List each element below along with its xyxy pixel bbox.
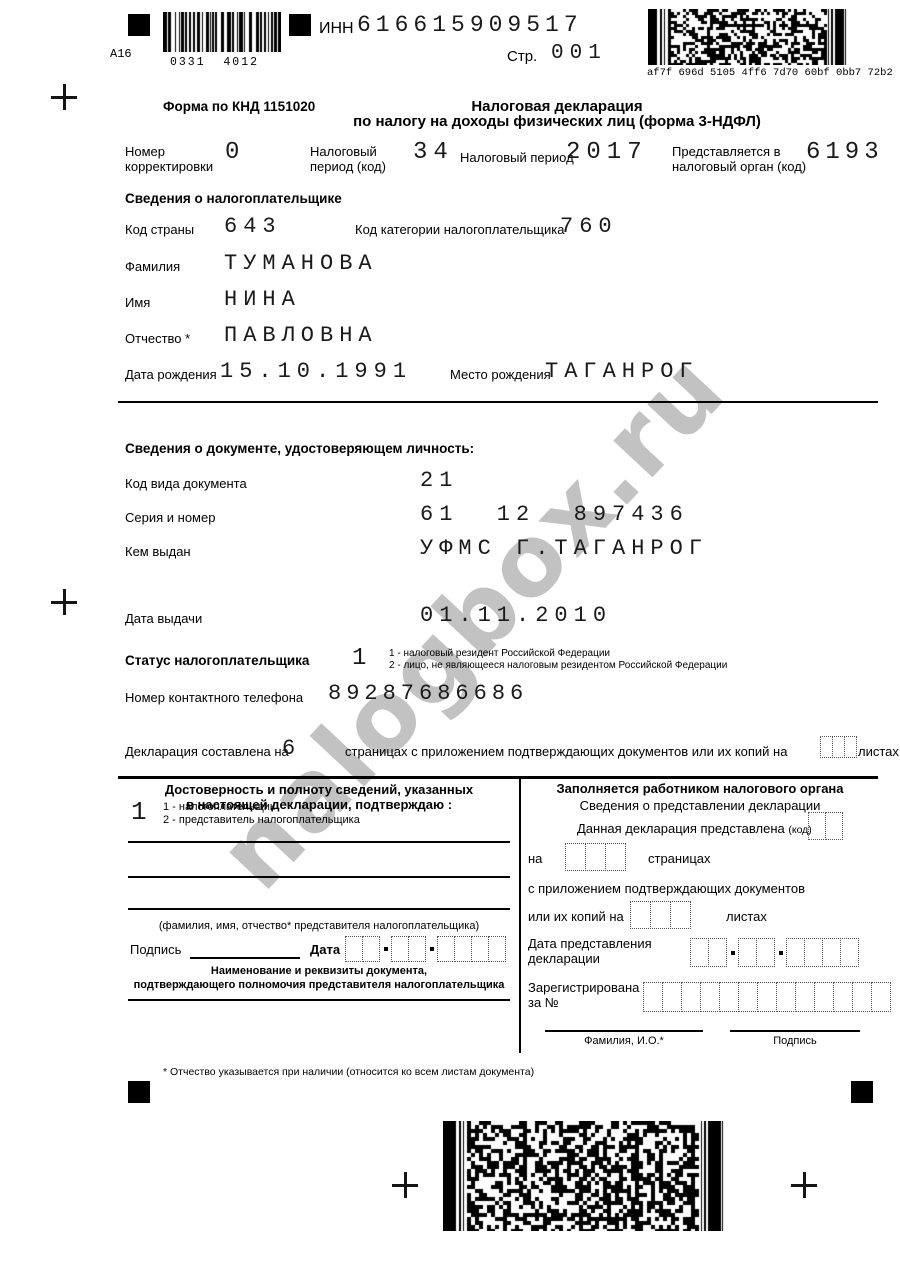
registered-label-1: Зарегистрирована — [528, 980, 638, 995]
empty-cell — [681, 982, 701, 1012]
barcode-digits: 0331 4012 — [170, 56, 259, 69]
sheets-label: листах — [726, 909, 767, 924]
official-pages-cells — [565, 843, 626, 871]
birth-place-label: Место рождения — [450, 367, 551, 382]
official-pages-label: страницах — [648, 851, 711, 866]
empty-cell — [786, 938, 805, 967]
status-note-2: 2 - лицо, не являющееся налоговым резиде… — [389, 660, 727, 672]
official-subheading: Сведения о представлении декларации — [522, 798, 878, 813]
empty-cell — [822, 938, 841, 967]
doc-code-label: Код вида документа — [125, 476, 247, 491]
date-cells-left — [345, 936, 506, 962]
tax-period-code-label: Налоговый период (код) — [310, 144, 410, 174]
birth-place-value: ТАГАНРОГ — [545, 359, 699, 384]
barcode-2d-top — [648, 9, 848, 65]
registration-number-cells — [643, 982, 891, 1012]
status-value: 1 — [352, 645, 372, 672]
empty-cell — [719, 982, 739, 1012]
status-note-1: 1 - налоговый резидент Российской Федера… — [389, 648, 727, 660]
tax-period-label: Налоговый период — [460, 150, 574, 165]
section-divider — [118, 401, 878, 403]
pages-count-value: 6 — [282, 736, 301, 761]
empty-cell — [454, 936, 472, 962]
corner-square-top-left — [128, 14, 150, 36]
official-signature-line — [730, 1030, 860, 1032]
copies-cells — [630, 901, 691, 929]
corner-square-bottom-left — [128, 1081, 150, 1103]
empty-cell — [833, 982, 853, 1012]
issue-date-value: 01.11.2010 — [420, 603, 612, 628]
stamp-code: A16 — [110, 47, 132, 61]
empty-cell — [471, 936, 489, 962]
date-separator-dot — [779, 951, 783, 955]
empty-cell — [565, 843, 586, 871]
official-signature-label: Подпись — [730, 1035, 860, 1047]
country-code-label: Код страны — [125, 222, 194, 237]
barcode-hex-caption: af7f 696d 5105 4ff6 7d70 60bf 0bb7 72b2 — [647, 67, 893, 79]
status-label: Статус налогоплательщика — [125, 653, 309, 668]
patronymic-label: Отчество * — [125, 331, 190, 346]
empty-cell — [690, 938, 709, 967]
pages-line-middle: страницах с приложением подтверждающих д… — [345, 744, 787, 759]
corner-square-top-mid — [289, 14, 311, 36]
plus-mark-bottom-left — [392, 1172, 418, 1198]
empty-cell — [795, 982, 815, 1012]
confirmation-heading-line1: Достоверность и полноту сведений, указан… — [128, 782, 510, 797]
empty-cell — [757, 982, 777, 1012]
category-label: Код категории налогоплательщика — [355, 222, 564, 237]
date-separator-dot — [384, 947, 388, 951]
empty-cell — [605, 843, 626, 871]
submitted-code-cells — [808, 812, 843, 840]
official-fio-line — [545, 1030, 703, 1032]
empty-cell — [776, 982, 796, 1012]
name-label: Имя — [125, 295, 150, 310]
series-value: 61 12 897436 — [420, 502, 689, 527]
form-title-line1: Налоговая декларация — [257, 99, 857, 114]
date-separator-dot — [731, 951, 735, 955]
empty-cell — [391, 936, 409, 962]
fio-line-3 — [128, 908, 510, 910]
category-value: 760 — [560, 214, 618, 239]
correction-number-value: 0 — [225, 139, 245, 166]
submission-date-label-1: Дата представления — [528, 936, 678, 951]
page-number: 001 — [551, 42, 607, 65]
empty-cell — [852, 982, 872, 1012]
signature-label-left: Подпись — [130, 942, 181, 957]
page-label: Стр. — [507, 48, 537, 65]
empty-cell — [585, 843, 606, 871]
form-barcode-1d — [163, 12, 281, 52]
empty-cell — [804, 938, 823, 967]
empty-cell — [700, 982, 720, 1012]
date-label-left: Дата — [310, 942, 340, 957]
pages-line-prefix: Декларация составлена на — [125, 744, 289, 759]
submission-date-cells — [690, 938, 859, 967]
footnote: * Отчество указывается при наличии (отно… — [163, 1066, 534, 1079]
empty-cell — [708, 938, 727, 967]
empty-cell — [814, 982, 834, 1012]
doc-caption-line2: подтверждающего полномочия представителя… — [128, 979, 510, 993]
surname-value: ТУМАНОВА — [224, 251, 378, 276]
empty-cell — [825, 812, 843, 840]
correction-number-label: Номер корректировки — [125, 144, 220, 174]
birth-date-label: Дата рождения — [125, 367, 217, 382]
tax-authority-label: Представляется в налоговый орган (код) — [672, 144, 812, 174]
tax-period-value: 2017 — [566, 139, 648, 166]
surname-label: Фамилия — [125, 259, 180, 274]
empty-cell — [840, 938, 859, 967]
signature-line-left — [190, 957, 300, 959]
empty-cell — [670, 901, 691, 929]
doc-code-value: 21 — [420, 468, 458, 493]
corner-square-bottom-right — [851, 1081, 873, 1103]
empty-cell — [808, 812, 826, 840]
inn-value: 616615909517 — [357, 12, 583, 38]
series-label: Серия и номер — [125, 510, 215, 525]
phone-value: 89287686686 — [328, 681, 528, 706]
empty-cell — [844, 736, 857, 758]
doc-caption-line1: Наименование и реквизиты документа, — [128, 965, 510, 979]
empty-cell — [437, 936, 455, 962]
attached-sheets-cells — [820, 736, 857, 758]
form-title-line2: по налогу на доходы физических лиц (форм… — [257, 114, 857, 129]
attachments-label: с приложением подтверждающих документов — [528, 881, 805, 896]
issue-date-label: Дата выдачи — [125, 611, 202, 626]
empty-cell — [643, 982, 663, 1012]
empty-cell — [362, 936, 380, 962]
confirmation-option-2: 2 - представитель налогоплательщика — [163, 814, 360, 827]
fio-line-1 — [128, 841, 510, 843]
submitted-label: Данная декларация представлена — [577, 821, 785, 836]
on-label: на — [528, 851, 542, 866]
barcode-2d-bottom — [443, 1121, 725, 1231]
empty-cell — [871, 982, 891, 1012]
empty-cell — [630, 901, 651, 929]
pages-line-suffix: листах — [858, 744, 899, 759]
patronymic-value: ПАВЛОВНА — [224, 323, 378, 348]
bottom-block-divider — [519, 776, 521, 1053]
empty-cell — [756, 938, 775, 967]
issued-by-label: Кем выдан — [125, 544, 191, 559]
official-heading: Заполняется работником налогового органа — [522, 781, 878, 796]
left-column-bottom-line — [128, 999, 510, 1001]
empty-cell — [408, 936, 426, 962]
phone-label: Номер контактного телефона — [125, 690, 303, 705]
plus-mark-top-left — [51, 84, 77, 110]
country-code-value: 643 — [224, 214, 282, 239]
issued-by-value: УФМС Г.ТАГАНРОГ — [420, 536, 708, 561]
official-fio-label: Фамилия, И.О.* — [545, 1035, 703, 1047]
fio-caption: (фамилия, имя, отчество* представителя н… — [128, 920, 510, 932]
plus-mark-bottom-right — [791, 1172, 817, 1198]
empty-cell — [650, 901, 671, 929]
tax-period-code-value: 34 — [413, 139, 454, 166]
empty-cell — [662, 982, 682, 1012]
birth-date-value: 15.10.1991 — [220, 359, 412, 384]
plus-mark-mid-left — [51, 589, 77, 615]
bottom-block-top-border — [118, 776, 878, 779]
empty-cell — [488, 936, 506, 962]
inn-label: ИНН — [319, 20, 354, 38]
empty-cell — [345, 936, 363, 962]
copies-label: или их копий на — [528, 909, 624, 924]
submission-date-label-2: декларации — [528, 951, 678, 966]
tax-authority-value: 6193 — [806, 139, 884, 166]
confirmation-option-1: 1 - налогоплательщик — [163, 801, 360, 814]
identity-doc-section-title: Сведения о документе, удостоверяющем лич… — [125, 441, 474, 456]
tax-declaration-page: nalogbox.ru A16 0331 4012 ИНН 6166159095… — [0, 0, 900, 1273]
empty-cell — [738, 982, 758, 1012]
fio-line-2 — [128, 876, 510, 878]
empty-cell — [738, 938, 757, 967]
taxpayer-section-title: Сведения о налогоплательщике — [125, 191, 342, 206]
registered-label-2: за № — [528, 995, 638, 1010]
name-value: НИНА — [224, 287, 301, 312]
date-separator-dot — [430, 947, 434, 951]
confirmation-value: 1 — [131, 797, 153, 827]
